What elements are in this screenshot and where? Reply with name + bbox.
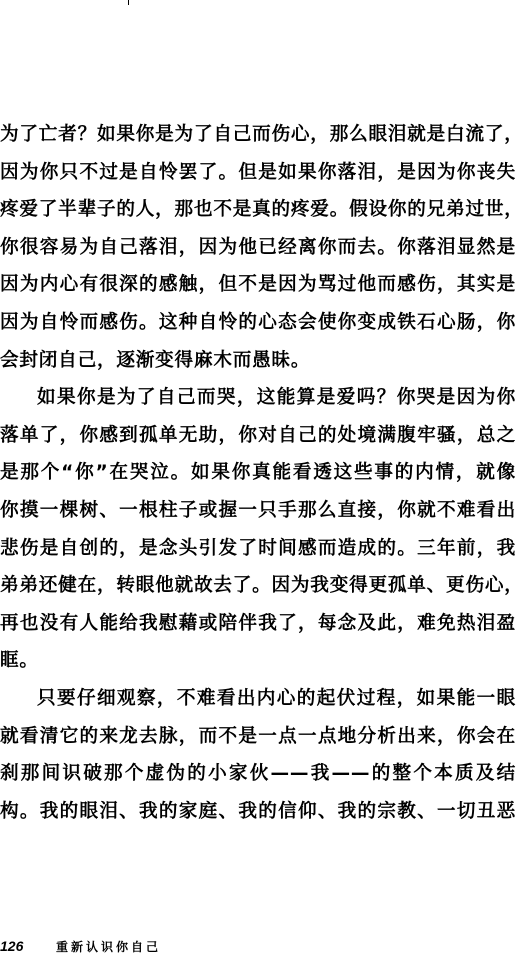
- scan-mark: [128, 0, 129, 5]
- paragraph-1: 为了亡者？如果你是为了自己而伤心，那么眼泪就是白流了， 因为你只不过是自怜罢了。…: [0, 116, 522, 379]
- paragraph-2: 如果你是为了自己而哭，这能算是爱吗？你哭是因为你 落单了，你感到孤单无助，你对自…: [0, 379, 522, 680]
- text-line: 弟弟还健在，转眼他就故去了。因为我变得更孤单、更伤心，: [0, 567, 516, 605]
- running-title: 重新认识你自己: [56, 940, 161, 954]
- text-line: 会封闭自己，逐渐变得麻木而愚昧。: [0, 342, 516, 380]
- text-line: 再也没有人能给我慰藉或陪伴我了，每念及此，难免热泪盈: [0, 605, 516, 643]
- text-line: 眶。: [0, 642, 516, 680]
- text-line: 是那个“你”在哭泣。如果你真能看透这些事的内情，就像: [0, 454, 516, 492]
- text-line: 疼爱了半辈子的人，那也不是真的疼爱。假设你的兄弟过世，: [0, 191, 516, 229]
- text-line: 只要仔细观察，不难看出内心的起伏过程，如果能一眼: [0, 680, 516, 718]
- text-line: 就看清它的来龙去脉，而不是一点一点地分析出来，你会在: [0, 718, 516, 756]
- paragraph-3: 只要仔细观察，不难看出内心的起伏过程，如果能一眼 就看清它的来龙去脉，而不是一点…: [0, 680, 522, 830]
- text-line: 悲伤是自创的，是念头引发了时间感而造成的。三年前，我: [0, 530, 516, 568]
- text-line: 构。我的眼泪、我的家庭、我的信仰、我的宗教、一切丑恶: [0, 793, 516, 831]
- text-line: 刹那间识破那个虚伪的小家伙——我——的整个本质及结: [0, 755, 516, 793]
- text-line: 你摸一棵树、一根柱子或握一只手那么直接，你就不难看出: [0, 492, 516, 530]
- text-line: 因为自怜而感伤。这种自怜的心态会使你变成铁石心肠，你: [0, 304, 516, 342]
- page-number: 126: [0, 938, 56, 954]
- text-line: 你很容易为自己落泪，因为他已经离你而去。你落泪显然是: [0, 229, 516, 267]
- text-line: 因为内心有很深的感触，但不是因为骂过他而感伤，其实是: [0, 266, 516, 304]
- page-body-text: 为了亡者？如果你是为了自己而伤心，那么眼泪就是白流了， 因为你只不过是自怜罢了。…: [0, 116, 522, 830]
- page-footer: 126重新认识你自己: [0, 938, 161, 958]
- text-line: 如果你是为了自己而哭，这能算是爱吗？你哭是因为你: [0, 379, 516, 417]
- text-line: 为了亡者？如果你是为了自己而伤心，那么眼泪就是白流了，: [0, 116, 516, 154]
- text-line: 因为你只不过是自怜罢了。但是如果你落泪，是因为你丧失: [0, 154, 516, 192]
- text-line: 落单了，你感到孤单无助，你对自己的处境满腹牢骚，总之: [0, 417, 516, 455]
